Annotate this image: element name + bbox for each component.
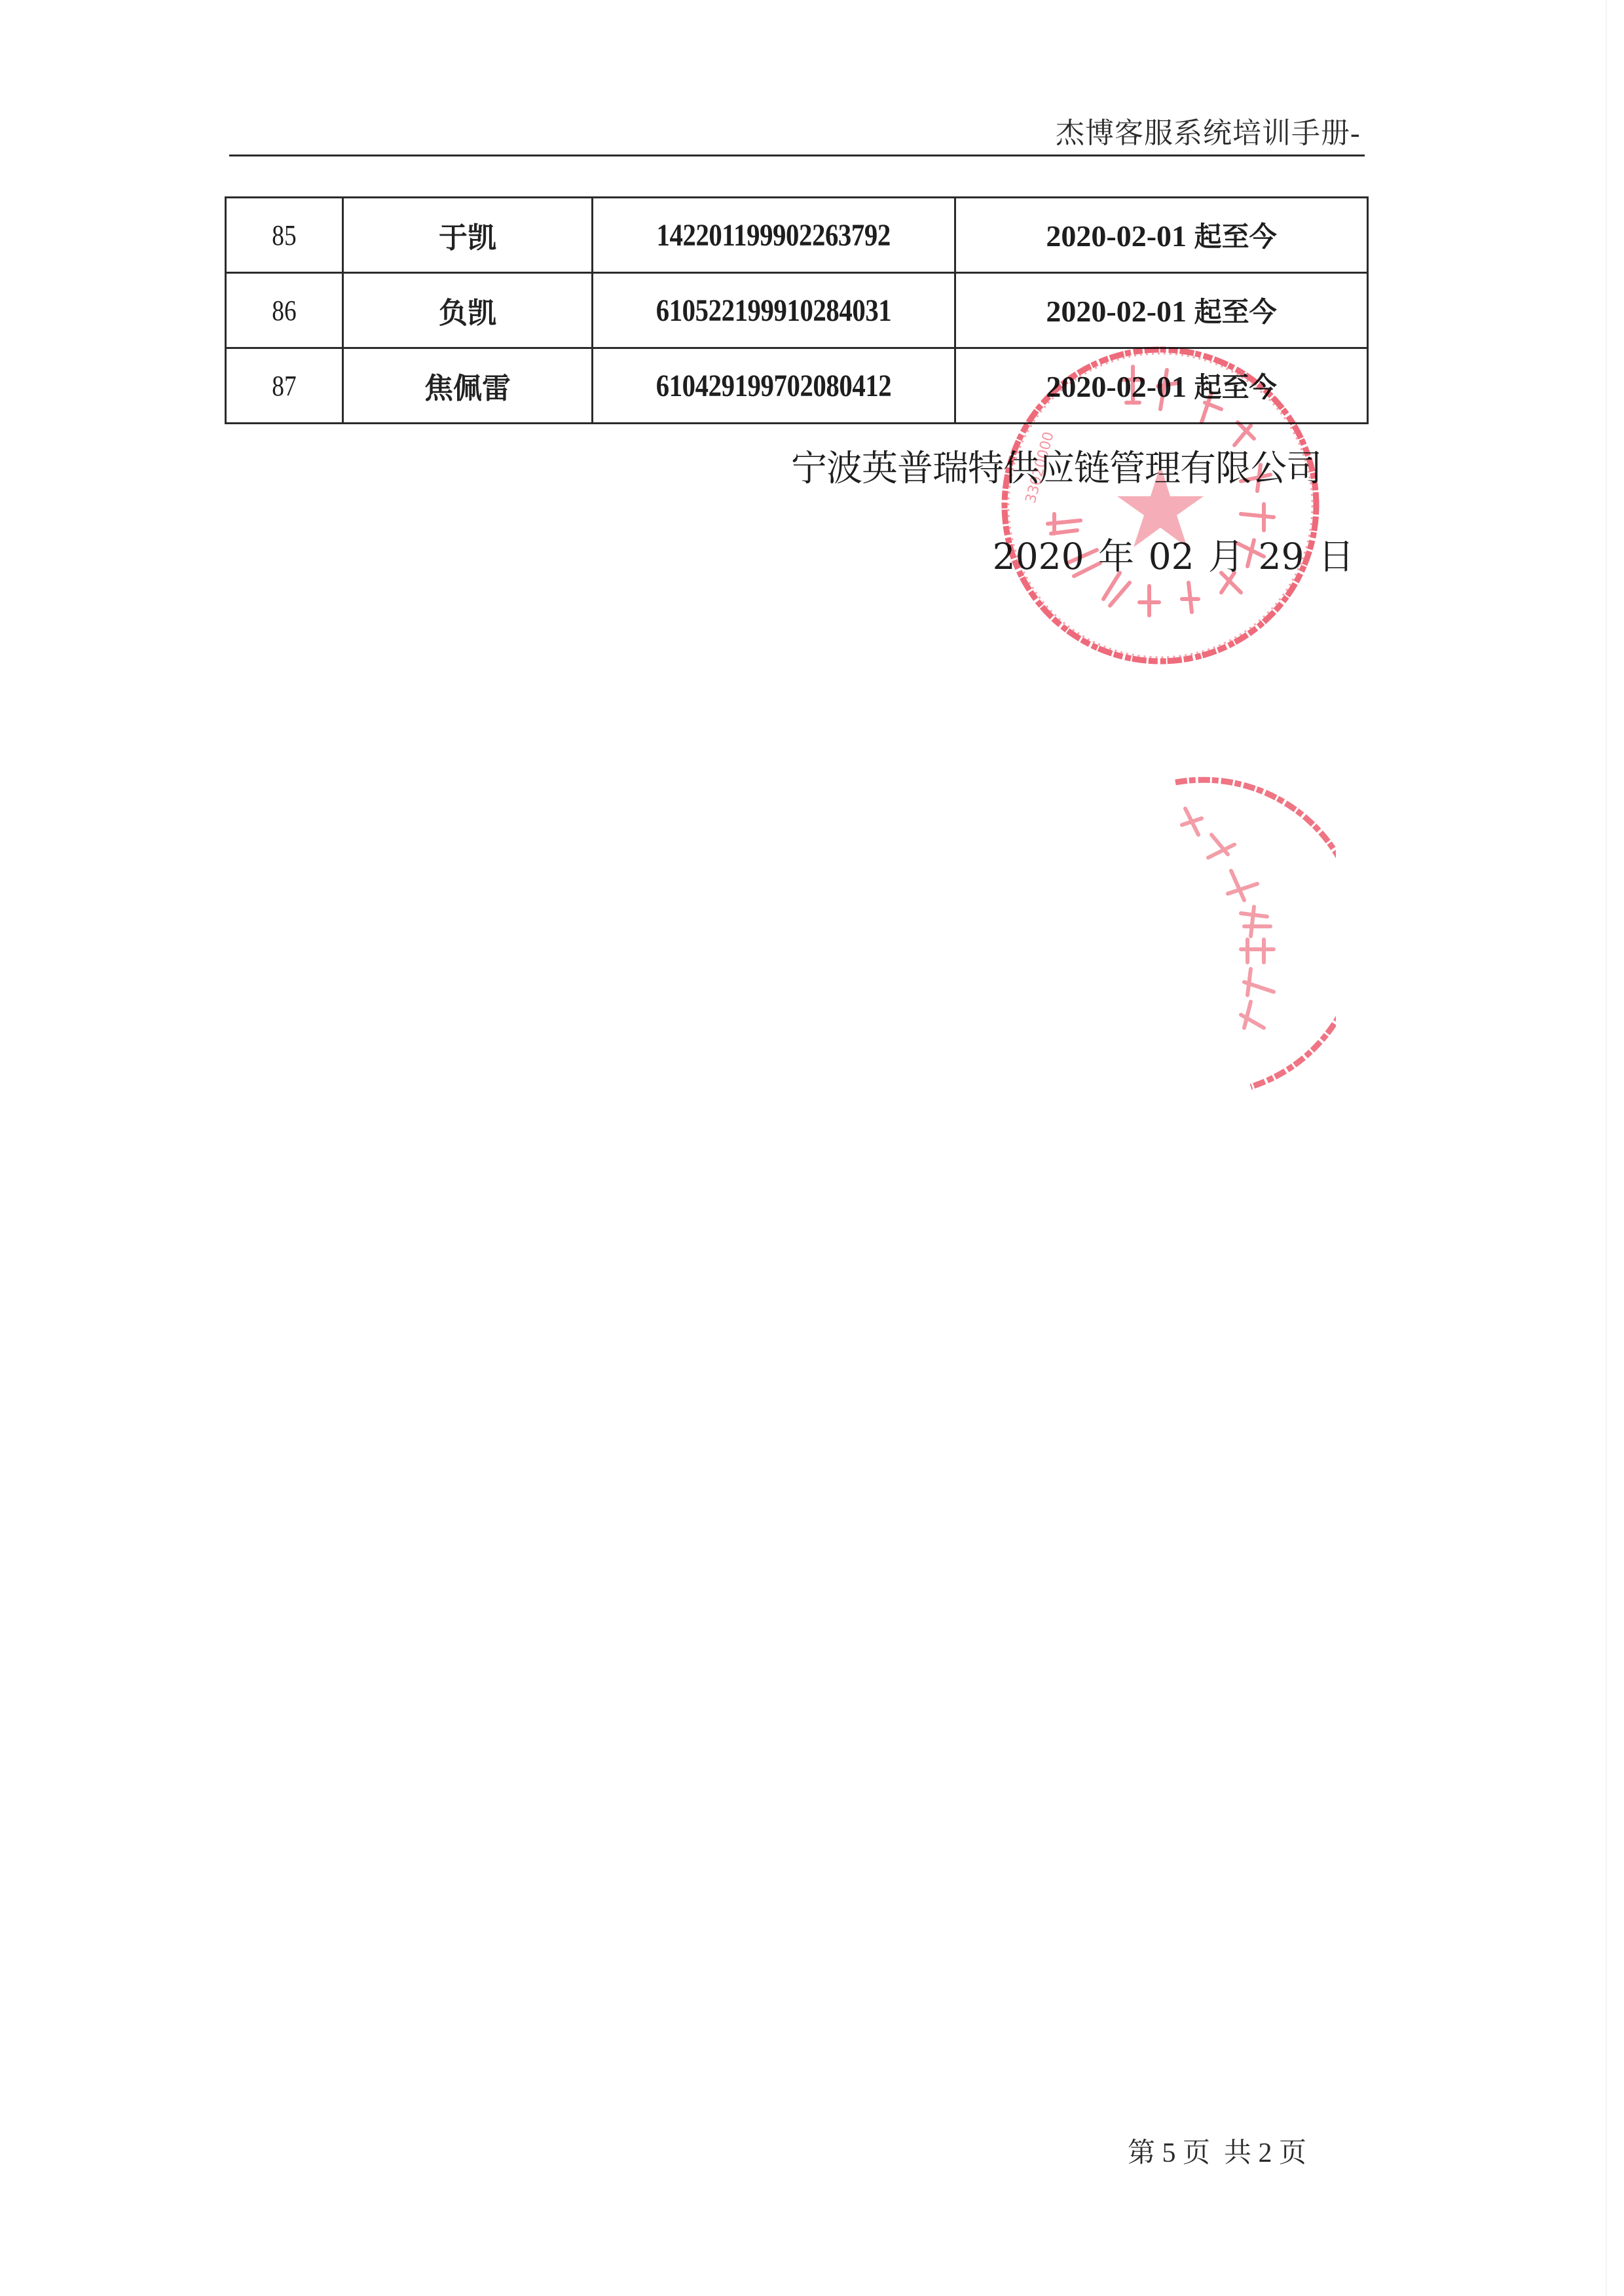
row-number: 85 xyxy=(272,219,296,252)
start-date: 2020-02-01 xyxy=(1046,219,1187,253)
row-number: 86 xyxy=(272,294,296,327)
employment-period: 2020-02-01 起至今 xyxy=(1046,366,1276,405)
cell-period: 2020-02-01 起至今 xyxy=(955,273,1368,348)
table-row: 85 于凯 142201199902263792 2020-02-01 起至今 xyxy=(226,198,1368,273)
id-number: 142201199902263792 xyxy=(657,217,891,253)
signature-date: 2020 年 02 月 29 日 xyxy=(993,534,1354,579)
employment-period: 2020-02-01 起至今 xyxy=(1046,215,1276,255)
cell-number: 86 xyxy=(226,273,343,348)
cell-id: 142201199902263792 xyxy=(593,198,955,273)
cell-name: 于凯 xyxy=(343,198,593,273)
current-page-number: 5 xyxy=(1162,2138,1176,2168)
period-suffix: 起至今 xyxy=(1194,371,1277,403)
total-page-count: 2 xyxy=(1259,2138,1272,2168)
signature-company-name: 宁波英普瑞特供应链管理有限公司 xyxy=(791,445,1321,491)
cell-id: 610429199702080412 xyxy=(593,348,955,424)
employment-period: 2020-02-01 起至今 xyxy=(1046,291,1276,330)
id-number: 610522199910284031 xyxy=(656,293,892,329)
header-divider xyxy=(229,155,1365,156)
cell-number: 85 xyxy=(226,198,343,273)
period-suffix: 起至今 xyxy=(1194,221,1277,253)
id-number: 610429199702080412 xyxy=(656,368,892,404)
start-date: 2020-02-01 xyxy=(1046,295,1187,328)
row-number: 87 xyxy=(272,369,296,403)
running-header-title: 杰博客服系统培训手册- xyxy=(1056,117,1361,151)
period-suffix: 起至今 xyxy=(1194,296,1277,328)
cell-number: 87 xyxy=(226,348,343,424)
employee-name: 负凯 xyxy=(439,297,496,330)
page-footer: 第 5 页 共 2 页 xyxy=(1128,2136,1306,2171)
page-label-mid: 页 共 xyxy=(1183,2138,1251,2168)
table-row: 87 焦佩雷 610429199702080412 2020-02-01 起至今 xyxy=(226,348,1368,424)
page-label-prefix: 第 xyxy=(1128,2138,1155,2168)
page-label-suffix: 页 xyxy=(1279,2138,1306,2168)
cell-name: 负凯 xyxy=(343,273,593,348)
cell-id: 610522199910284031 xyxy=(593,273,955,348)
employee-name: 焦佩雷 xyxy=(424,372,511,405)
cell-period: 2020-02-01 起至今 xyxy=(955,348,1368,424)
scan-edge-artifact xyxy=(1606,0,1607,2296)
employee-name: 于凯 xyxy=(439,221,496,255)
cell-period: 2020-02-01 起至今 xyxy=(955,198,1368,273)
start-date: 2020-02-01 xyxy=(1046,370,1187,403)
seam-seal-stamp xyxy=(1166,773,1336,1100)
table-row: 86 负凯 610522199910284031 2020-02-01 起至今 xyxy=(226,273,1368,348)
cell-name: 焦佩雷 xyxy=(343,348,593,424)
employee-table: 85 于凯 142201199902263792 2020-02-01 起至今 … xyxy=(225,196,1369,424)
